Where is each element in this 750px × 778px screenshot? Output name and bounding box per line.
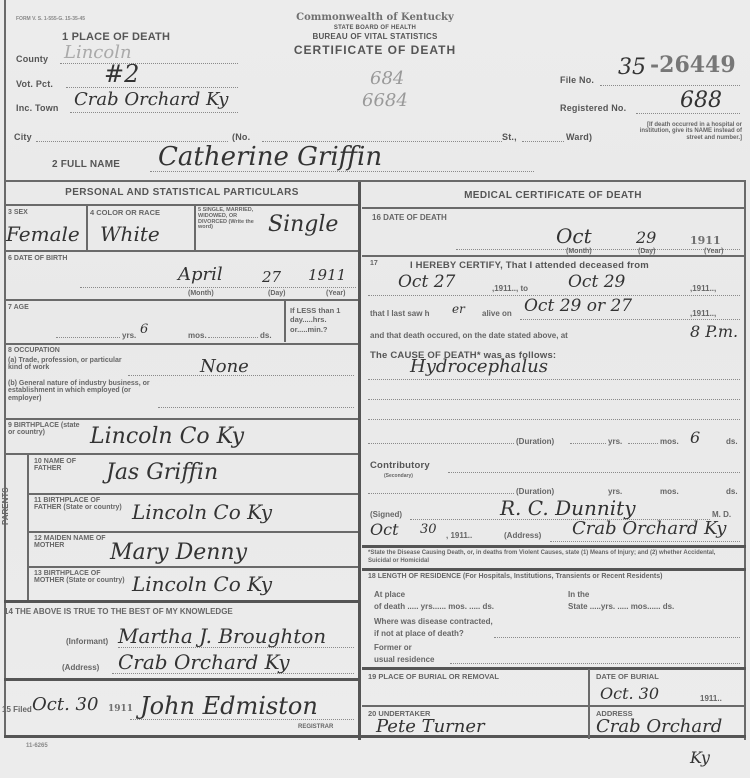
duration-yrs-label: yrs.	[608, 437, 622, 446]
birthplace-value: Lincoln Co Ky	[90, 424, 244, 449]
street-field	[262, 132, 502, 142]
mother-name: Mary Denny	[110, 540, 247, 565]
personal-section-title: PERSONAL AND STATISTICAL PARTICULARS	[6, 187, 358, 198]
vot-pct-label: Vot. Pct.	[16, 80, 53, 89]
if-not-label: if not at place of death?	[374, 629, 464, 638]
month-caption: (Month)	[188, 290, 214, 297]
certify-number: 17	[370, 260, 378, 267]
burial-year: 1911..	[700, 694, 722, 703]
in-the-label: In the	[568, 590, 589, 599]
dob-label: 6 DATE OF BIRTH	[8, 255, 67, 262]
mother-birthplace: Lincoln Co Ky	[132, 572, 272, 596]
attended-from-year: ,1911.., to	[492, 284, 528, 293]
divider	[27, 453, 29, 601]
marital-label: 5 SINGLE, MARRIED, WIDOWED, OR DIVORCED …	[198, 208, 258, 231]
divider	[362, 545, 746, 548]
sex-label: 3 SEX	[8, 209, 28, 216]
dob-day: 27	[262, 268, 281, 286]
vot-pct-field: #2	[66, 76, 238, 88]
age-mos-label: mos.	[188, 332, 207, 340]
bureau-title: BUREAU OF VITAL STATISTICS	[262, 33, 488, 41]
contributory-label: Contributory	[370, 461, 430, 471]
cause-value: Hydrocephalus	[410, 356, 548, 377]
duration-mos: 6	[690, 428, 700, 447]
alive-on-date: Oct 29 or 27	[524, 296, 632, 316]
divider	[284, 300, 286, 342]
certificate-title: CERTIFICATE OF DEATH	[262, 44, 488, 57]
divider	[362, 255, 746, 257]
medical-section-title: MEDICAL CERTIFICATE OF DEATH	[362, 190, 744, 201]
dob-year: 1911	[308, 266, 346, 284]
cause-footnote: *State the Disease Causing Death, or, in…	[368, 550, 740, 566]
commonwealth-title: Commonwealth of Kentucky	[262, 12, 488, 23]
parents-side-label: PARENTS	[2, 465, 10, 525]
color-label: 4 COLOR OR RACE	[90, 209, 160, 217]
occupation-label: 8 OCCUPATION	[8, 347, 60, 354]
state-duration: State .....yrs. ..... mos...... ds.	[568, 602, 674, 611]
divider	[4, 453, 358, 455]
divider	[4, 204, 358, 206]
full-name-label: 2 FULL NAME	[52, 160, 120, 171]
burial-address: Crab Orchard	[596, 716, 722, 737]
footer-code: 11-6265	[26, 743, 48, 749]
mother-name-label: 12 MAIDEN NAME OF MOTHER	[34, 535, 118, 550]
duration-label-2: (Duration)	[516, 487, 554, 496]
doctor-address-label: (Address)	[504, 531, 541, 540]
marital-value: Single	[268, 212, 338, 237]
knowledge-statement: 14 THE ABOVE IS TRUE TO THE BEST OF MY K…	[4, 608, 233, 616]
divider	[362, 207, 746, 209]
registrar-signature: John Edmiston	[140, 692, 318, 720]
st-label: St.,	[502, 133, 517, 142]
doctor-address: Crab Orchard Ky	[572, 518, 726, 539]
father-name: Jas Griffin	[106, 460, 218, 485]
divider	[4, 600, 358, 603]
duration-line	[368, 440, 514, 444]
hospital-note: [If death occurred in a hospital or inst…	[632, 122, 742, 141]
age-ds-field	[208, 334, 258, 338]
last-saw-label: that I last saw h	[370, 309, 430, 318]
duration-line-2	[368, 490, 514, 494]
duration-ds-label-2: ds.	[726, 487, 738, 496]
form-number: FORM V. S. 1-555-G. 15-35-45	[16, 17, 85, 22]
informant-value: Martha J. Broughton	[118, 624, 326, 648]
occupation-b-field	[158, 404, 354, 408]
margin-note-2: 6684	[362, 90, 408, 111]
divider	[4, 678, 358, 681]
duration-mos-label-2: mos.	[660, 487, 679, 496]
divider	[588, 669, 590, 739]
contributory-sub: (Secondary)	[384, 474, 413, 479]
contracted-field	[494, 634, 740, 638]
duration-label: (Duration)	[516, 437, 554, 446]
margin-note-1: 684	[370, 68, 404, 89]
death-certificate: FORM V. S. 1-555-G. 15-35-45 1 PLACE OF …	[0, 0, 750, 778]
mother-birthplace-label: 13 BIRTHPLACE OF MOTHER (State or countr…	[34, 570, 128, 585]
certificate-header: Commonwealth of Kentucky STATE BOARD OF …	[262, 12, 488, 56]
contributory-field	[448, 469, 740, 473]
informant-address-label: (Address)	[62, 664, 99, 672]
occurred-text: and that death occured, on the date stat…	[370, 331, 568, 340]
full-name-field: Catherine Griffin	[150, 160, 534, 172]
signed-year: , 1911..	[446, 531, 472, 540]
right-border	[744, 180, 746, 740]
last-saw-pronoun: er	[452, 302, 465, 316]
file-no-label: File No.	[560, 76, 594, 85]
duration-ds-label: ds.	[726, 437, 738, 446]
usual-residence-label: usual residence	[374, 655, 434, 664]
father-birthplace-label: 11 BIRTHPLACE OF FATHER (State or countr…	[34, 497, 128, 512]
county-label: County	[16, 55, 48, 64]
divider	[4, 250, 358, 252]
burial-place-label: 19 PLACE OF BURIAL OR REMOVAL	[368, 673, 499, 681]
attended-from: Oct 27	[398, 272, 455, 292]
divider	[362, 705, 746, 707]
occupation-a-value: None	[200, 356, 249, 377]
signed-day: 30	[420, 522, 437, 537]
filed-year: 1911	[108, 704, 133, 714]
divider	[86, 204, 88, 250]
ward-field	[522, 132, 564, 142]
divider	[4, 343, 358, 345]
certify-text: I HEREBY CERTIFY, That I attended deceas…	[410, 261, 649, 271]
duration-mos-label: mos.	[660, 437, 679, 446]
attended-to-year: ,1911..,	[690, 284, 716, 293]
registered-no: 688	[680, 88, 722, 113]
divider	[194, 204, 196, 250]
where-contracted-label: Where was disease contracted,	[374, 617, 493, 626]
occupation-b-label: (b) General nature of industry business,…	[8, 380, 158, 402]
burial-date-label: DATE OF BURIAL	[596, 673, 659, 681]
dob-month: April	[178, 264, 223, 285]
birthplace-label: 9 BIRTHPLACE (state or country)	[8, 422, 88, 437]
signed-label: (Signed)	[370, 510, 402, 519]
divider	[28, 493, 358, 495]
registered-no-label: Registered No.	[560, 104, 626, 113]
inc-town-label: Inc. Town	[16, 104, 59, 113]
city-label: City	[14, 133, 32, 142]
section-divider	[4, 180, 746, 182]
age-label: 7 AGE	[8, 304, 29, 311]
file-no-handwritten: 35	[618, 55, 646, 80]
center-divider	[358, 180, 361, 740]
divider	[28, 531, 358, 533]
death-time: 8 P.m.	[690, 322, 738, 341]
residence-label: 18 LENGTH OF RESIDENCE (For Hospitals, I…	[368, 573, 740, 580]
file-no-stamped: -26449	[650, 52, 736, 78]
death-day: 29	[636, 228, 656, 247]
year-caption: (Year)	[326, 290, 345, 297]
divider	[28, 566, 358, 568]
age-yrs-field	[56, 334, 120, 338]
board-title: STATE BOARD OF HEALTH	[262, 25, 488, 31]
death-year: 1911	[690, 234, 721, 247]
divider	[362, 568, 746, 571]
death-month: Oct	[556, 224, 592, 248]
cause-line-3	[368, 416, 740, 420]
father-birthplace: Lincoln Co Ky	[132, 500, 272, 524]
divider	[4, 299, 358, 301]
burial-date: Oct. 30	[600, 684, 659, 703]
filed-date: Oct. 30	[32, 694, 98, 715]
age-yrs-label: yrs.	[122, 332, 136, 340]
registrar-label: REGISTRAR	[298, 724, 333, 730]
filed-label: 15 Filed	[2, 706, 32, 714]
usual-residence-field	[450, 660, 740, 664]
informant-label: (Informant)	[66, 638, 108, 646]
duration-yrs-label-2: yrs.	[608, 487, 622, 496]
attended-to: Oct 29	[568, 272, 625, 292]
city-field	[36, 132, 228, 142]
duration-yrs-field	[570, 440, 606, 444]
burial-address-cont: Ky	[690, 748, 710, 767]
color-value: White	[100, 222, 160, 246]
of-death-duration: of death ..... yrs...... mos. ..... ds.	[374, 602, 494, 611]
occupation-a-label: (a) Trade, profession, or particular kin…	[8, 357, 128, 372]
ward-label: Ward)	[566, 133, 592, 142]
divider	[362, 667, 746, 670]
day-caption: (Day)	[268, 290, 286, 297]
county-field: Lincoln	[60, 50, 238, 64]
divider	[4, 418, 358, 420]
duration-mos-field	[628, 440, 658, 444]
former-label: Former or	[374, 643, 412, 652]
left-border	[4, 0, 6, 735]
alive-on-label: alive on	[482, 309, 512, 318]
undertaker-value: Pete Turner	[376, 716, 485, 737]
sex-value: Female	[6, 222, 80, 246]
at-place-label: At place	[374, 590, 405, 599]
age-mos: 6	[140, 322, 148, 337]
alive-on-year: ,1911..,	[690, 309, 716, 318]
less-than-label: If LESS than 1 day.....hrs. or.....min.?	[290, 306, 356, 334]
age-ds-label: ds.	[260, 332, 272, 340]
signed-date: Oct	[370, 520, 399, 539]
date-of-death-label: 16 DATE OF DEATH	[372, 214, 447, 222]
father-name-label: 10 NAME OF FATHER	[34, 458, 98, 473]
inc-town-field: Crab Orchard Ky	[70, 101, 238, 113]
informant-address: Crab Orchard Ky	[118, 650, 290, 674]
physician-signature: R. C. Dunnity	[500, 496, 636, 520]
cause-line-2	[368, 396, 740, 400]
